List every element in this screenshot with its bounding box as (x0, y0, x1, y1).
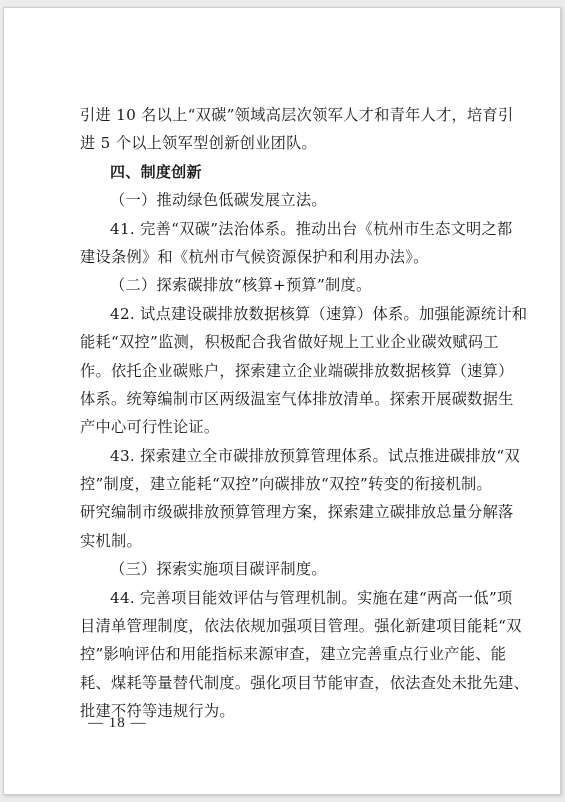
page-content: 引进 10 名以上“双碳”领域高层次领军人才和青年人才，培育引 进 5 个以上领… (80, 101, 490, 726)
subsection-heading: （一）推动绿色低碳发展立法。 (80, 186, 490, 214)
paragraph-line: 控”制度，建立能耗“双控”向碳排放“双控”转变的衔接机制。 (80, 470, 490, 498)
paragraph-line: 目清单管理制度，依法依规加强项目管理。强化新建项目能耗“双 (80, 612, 490, 640)
paragraph-line: 体系。统筹编制市区两级温室气体排放清单。探索开展碳数据生 (80, 385, 490, 413)
paragraph-line: 能耗“双控”监测，积极配合我省做好规上工业企业碳效赋码工 (80, 328, 490, 356)
paragraph-line: 控”影响评估和用能指标来源审查，建立完善重点行业产能、能 (80, 640, 490, 668)
paragraph-line: 产中心可行性论证。 (80, 413, 490, 441)
subsection-heading: （二）探索碳排放“核算+预算”制度。 (80, 271, 490, 299)
item-43-start: 43. 探索建立全市碳排放预算管理体系。试点推进碳排放“双 (80, 442, 490, 470)
paragraph-line: 耗、煤耗等量替代制度。强化项目节能审查，依法查处未批先建、 (80, 669, 490, 697)
paragraph-line: 研究编制市级碳排放预算管理方案，探索建立碳排放总量分解落 (80, 498, 490, 526)
subsection-heading: （三）探索实施项目碳评制度。 (80, 555, 490, 583)
item-41-start: 41. 完善“双碳”法治体系。推动出台《杭州市生态文明之都 (80, 215, 490, 243)
item-42-start: 42. 试点建设碳排放数据核算（速算）体系。加强能源统计和 (80, 300, 490, 328)
document-page: 引进 10 名以上“双碳”领域高层次领军人才和青年人才，培育引 进 5 个以上领… (3, 7, 561, 795)
section-heading: 四、制度创新 (80, 158, 490, 186)
paragraph-line: 进 5 个以上领军型创新创业团队。 (80, 129, 490, 157)
paragraph-line: 实机制。 (80, 527, 490, 555)
paragraph-line: 建设条例》和《杭州市气候资源保护和利用办法》。 (80, 243, 490, 271)
item-44-start: 44. 完善项目能效评估与管理机制。实施在建“两高一低”项 (80, 584, 490, 612)
paragraph-line: 作。依托企业碳账户，探索建立企业端碳排放数据核算（速算） (80, 357, 490, 385)
paragraph-line: 引进 10 名以上“双碳”领域高层次领军人才和青年人才，培育引 (80, 101, 490, 129)
page-number: — 18 — (88, 715, 147, 732)
